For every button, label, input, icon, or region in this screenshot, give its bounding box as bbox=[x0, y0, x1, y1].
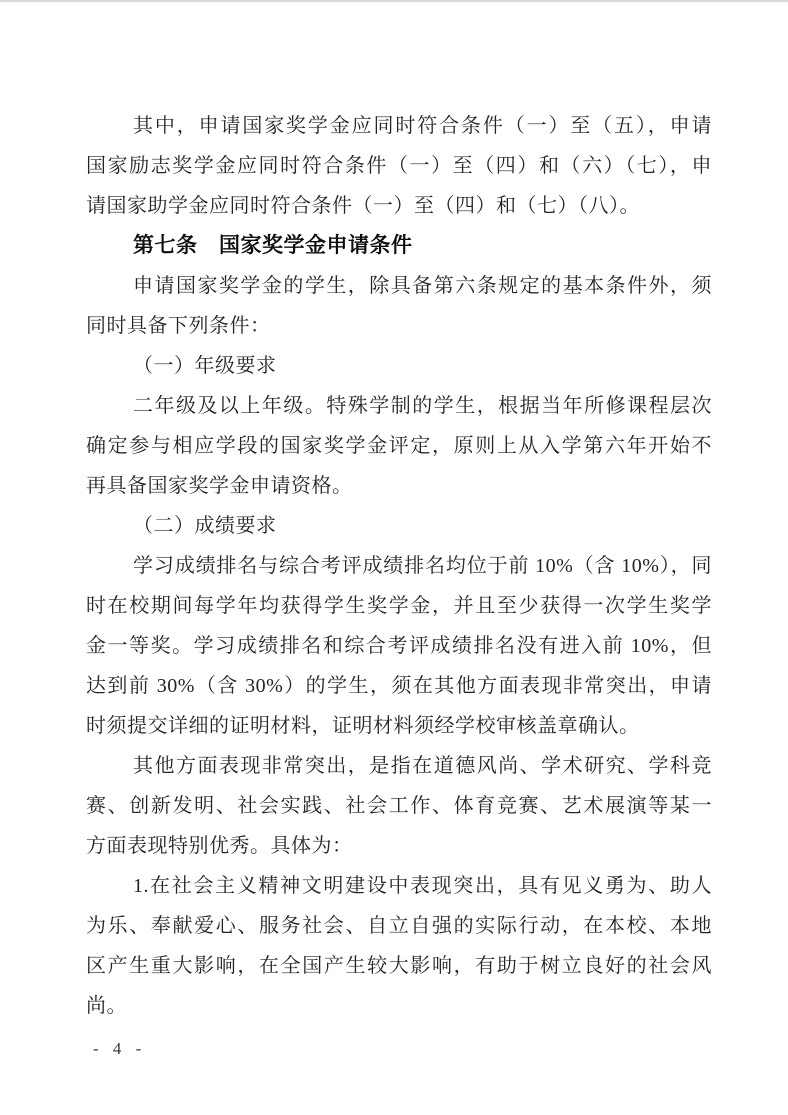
text-line: 再具备国家奖学金申请资格。 bbox=[86, 466, 712, 506]
text-line: 国家励志奖学金应同时符合条件（一）至（四）和（六）（七），申 bbox=[86, 146, 712, 186]
text-line: 同时具备下列条件： bbox=[86, 306, 712, 346]
scan-edge-line bbox=[0, 0, 788, 2]
text-line: 区产生重大影响，在全国产生较大影响，有助于树立良好的社会风 bbox=[86, 946, 712, 986]
text-line: 其中，申请国家奖学金应同时符合条件（一）至（五），申请 bbox=[86, 106, 712, 146]
text-line: 其他方面表现非常突出，是指在道德风尚、学术研究、学科竞 bbox=[86, 746, 712, 786]
text-line: 1.在社会主义精神文明建设中表现突出，具有见义勇为、助人 bbox=[86, 866, 712, 906]
text-line: （二）成绩要求 bbox=[86, 506, 712, 546]
text-line: 时在校期间每学年均获得学生奖学金，并且至少获得一次学生奖学 bbox=[86, 586, 712, 626]
document-body: 其中，申请国家奖学金应同时符合条件（一）至（五），申请国家励志奖学金应同时符合条… bbox=[86, 106, 712, 1026]
text-line: 请国家助学金应同时符合条件（一）至（四）和（七）（八）。 bbox=[86, 186, 712, 226]
text-line: 金一等奖。学习成绩排名和综合考评成绩排名没有进入前 10%，但 bbox=[86, 626, 712, 666]
text-line: 学习成绩排名与综合考评成绩排名均位于前 10%（含 10%），同 bbox=[86, 546, 712, 586]
section-heading: 第七条 国家奖学金申请条件 bbox=[86, 226, 712, 266]
text-line: 确定参与相应学段的国家奖学金评定，原则上从入学第六年开始不 bbox=[86, 426, 712, 466]
text-line: （一）年级要求 bbox=[86, 346, 712, 386]
text-line: 方面表现特别优秀。具体为： bbox=[86, 826, 712, 866]
document-page: 其中，申请国家奖学金应同时符合条件（一）至（五），申请国家励志奖学金应同时符合条… bbox=[0, 0, 788, 1115]
page-number: - 4 - bbox=[93, 1036, 146, 1062]
text-line: 为乐、奉献爱心、服务社会、自立自强的实际行动，在本校、本地 bbox=[86, 906, 712, 946]
text-line: 时须提交详细的证明材料，证明材料须经学校审核盖章确认。 bbox=[86, 706, 712, 746]
text-line: 尚。 bbox=[86, 986, 712, 1026]
text-line: 二年级及以上年级。特殊学制的学生，根据当年所修课程层次 bbox=[86, 386, 712, 426]
text-line: 申请国家奖学金的学生，除具备第六条规定的基本条件外，须 bbox=[86, 266, 712, 306]
text-line: 赛、创新发明、社会实践、社会工作、体育竞赛、艺术展演等某一 bbox=[86, 786, 712, 826]
text-line: 达到前 30%（含 30%）的学生，须在其他方面表现非常突出，申请 bbox=[86, 666, 712, 706]
